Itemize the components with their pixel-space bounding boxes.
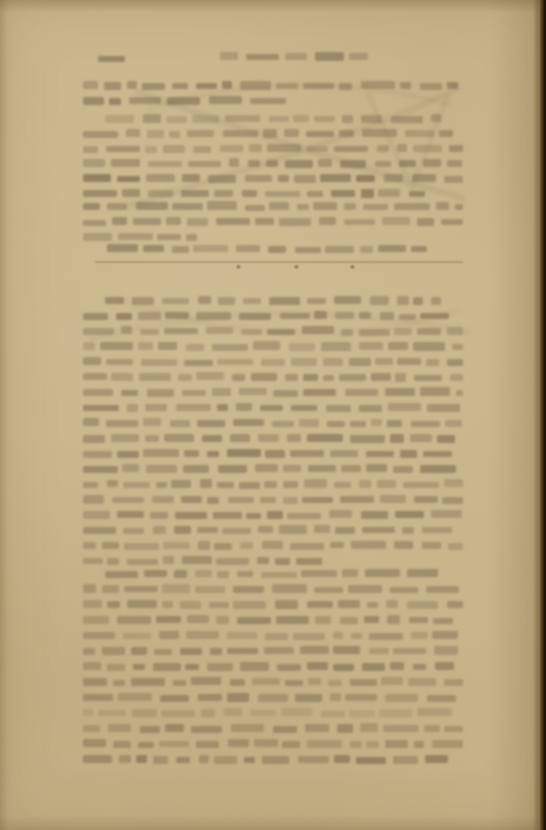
faded-word-mark bbox=[139, 373, 171, 382]
faded-word-mark bbox=[411, 421, 441, 427]
faded-word-mark bbox=[325, 246, 354, 252]
faded-word-mark bbox=[106, 420, 138, 427]
faded-word-mark bbox=[193, 245, 228, 253]
faded-word-mark bbox=[113, 680, 126, 686]
faded-text-line bbox=[83, 540, 463, 550]
faded-word-mark bbox=[172, 83, 187, 89]
faded-word-mark bbox=[411, 632, 428, 639]
faded-word-mark bbox=[207, 451, 218, 457]
faded-word-mark bbox=[243, 298, 260, 304]
faded-word-mark bbox=[240, 81, 271, 90]
faded-word-mark bbox=[216, 616, 228, 624]
faded-word-mark bbox=[328, 680, 341, 686]
faded-word-mark bbox=[132, 709, 157, 717]
faded-word-mark bbox=[196, 83, 217, 89]
faded-word-mark bbox=[237, 617, 271, 624]
faded-word-mark bbox=[420, 313, 449, 319]
faded-word-mark bbox=[182, 556, 212, 564]
faded-word-mark bbox=[109, 98, 121, 105]
faded-text-line bbox=[105, 113, 442, 123]
faded-word-mark bbox=[327, 421, 345, 427]
faded-word-mark bbox=[107, 244, 138, 252]
faded-word-mark bbox=[214, 756, 237, 764]
faded-word-mark bbox=[83, 558, 102, 564]
faded-word-mark bbox=[220, 52, 237, 60]
faded-word-mark bbox=[334, 755, 350, 763]
faded-word-mark bbox=[213, 512, 242, 519]
faded-word-mark bbox=[250, 98, 286, 104]
faded-word-mark bbox=[258, 526, 272, 534]
faded-word-mark bbox=[399, 160, 416, 167]
faded-word-mark bbox=[166, 116, 187, 123]
faded-word-mark bbox=[275, 558, 290, 565]
faded-word-mark bbox=[393, 466, 413, 473]
faded-word-mark bbox=[266, 160, 278, 168]
faded-word-mark bbox=[402, 527, 414, 534]
faded-word-mark bbox=[269, 116, 289, 122]
faded-word-mark bbox=[279, 218, 311, 226]
faded-word-mark bbox=[121, 326, 133, 335]
faded-word-mark bbox=[127, 404, 138, 412]
faded-word-mark bbox=[83, 466, 118, 473]
faded-word-mark bbox=[122, 189, 140, 197]
faded-word-mark bbox=[262, 541, 283, 549]
faded-text-line bbox=[83, 188, 425, 198]
faded-word-mark bbox=[359, 329, 390, 335]
faded-word-mark bbox=[409, 191, 425, 198]
faded-word-mark bbox=[405, 130, 434, 137]
faded-word-mark bbox=[145, 404, 168, 410]
faded-word-mark bbox=[260, 405, 283, 412]
faded-word-mark bbox=[361, 115, 382, 123]
faded-word-mark bbox=[452, 344, 463, 350]
faded-word-mark bbox=[277, 664, 301, 671]
faded-word-mark bbox=[333, 646, 360, 654]
faded-word-mark bbox=[83, 435, 105, 443]
faded-word-mark bbox=[83, 755, 112, 763]
faded-word-mark bbox=[105, 297, 124, 304]
faded-word-mark bbox=[83, 694, 113, 701]
faded-word-mark bbox=[121, 390, 138, 396]
faded-word-mark bbox=[250, 710, 276, 717]
faded-word-mark bbox=[349, 358, 371, 366]
faded-word-mark bbox=[433, 618, 453, 624]
faded-word-mark bbox=[420, 83, 442, 90]
faded-word-mark bbox=[265, 191, 301, 198]
faded-word-mark bbox=[228, 739, 250, 747]
faded-word-mark bbox=[140, 726, 160, 733]
faded-text-line bbox=[83, 692, 463, 702]
faded-word-mark bbox=[123, 633, 151, 640]
faded-word-mark bbox=[379, 709, 412, 717]
faded-word-mark bbox=[393, 648, 426, 654]
faded-word-mark bbox=[212, 388, 231, 396]
faded-word-mark bbox=[365, 569, 400, 577]
faded-word-mark bbox=[83, 190, 117, 198]
faded-word-mark bbox=[359, 405, 382, 412]
faded-word-mark bbox=[397, 144, 407, 152]
faded-word-mark bbox=[371, 419, 381, 426]
faded-word-mark bbox=[283, 481, 298, 488]
faded-word-mark bbox=[387, 615, 401, 623]
faded-word-mark bbox=[344, 219, 375, 225]
faded-word-mark bbox=[83, 527, 116, 534]
faded-word-mark bbox=[131, 647, 147, 654]
faded-word-mark bbox=[210, 648, 222, 655]
faded-word-mark bbox=[214, 543, 232, 550]
faded-word-mark bbox=[371, 373, 391, 381]
faded-word-mark bbox=[304, 479, 327, 488]
faded-word-mark bbox=[290, 450, 324, 458]
faded-word-mark bbox=[83, 342, 94, 350]
faded-word-mark bbox=[207, 201, 237, 210]
faded-word-mark bbox=[188, 161, 221, 168]
faded-word-mark bbox=[202, 435, 222, 441]
faded-word-mark bbox=[209, 96, 242, 104]
faded-word-mark bbox=[160, 695, 189, 702]
faded-word-mark bbox=[375, 161, 391, 168]
faded-word-mark bbox=[117, 511, 144, 518]
faded-word-mark bbox=[363, 204, 388, 210]
faded-word-mark bbox=[307, 662, 328, 670]
faded-text-line bbox=[83, 95, 296, 105]
faded-word-mark bbox=[248, 160, 260, 167]
faded-word-mark bbox=[83, 405, 119, 411]
pencil-stroke-mark bbox=[368, 94, 448, 188]
faded-word-mark bbox=[242, 190, 257, 197]
faded-word-mark bbox=[296, 558, 322, 565]
faded-word-mark bbox=[83, 678, 107, 686]
faded-word-mark bbox=[359, 342, 383, 350]
faded-word-mark bbox=[148, 190, 173, 197]
faded-word-mark bbox=[107, 664, 125, 671]
faded-word-mark bbox=[359, 312, 371, 319]
faded-word-mark bbox=[83, 328, 114, 334]
faded-word-mark bbox=[344, 203, 356, 210]
faded-word-mark bbox=[383, 725, 419, 732]
pencil-strokes-overlay bbox=[0, 0, 546, 830]
faded-word-mark bbox=[321, 342, 351, 351]
faded-word-mark bbox=[233, 419, 264, 427]
faded-word-mark bbox=[420, 387, 450, 395]
faded-word-mark bbox=[350, 435, 385, 443]
faded-word-mark bbox=[196, 741, 219, 748]
faded-word-mark bbox=[146, 174, 176, 182]
faded-word-mark bbox=[105, 571, 138, 578]
faded-word-mark bbox=[178, 374, 192, 382]
faded-word-mark bbox=[83, 495, 104, 503]
pencil-stroke-mark bbox=[128, 88, 458, 206]
faded-word-mark bbox=[417, 708, 452, 716]
faded-word-mark bbox=[360, 723, 379, 732]
faded-word-mark bbox=[284, 129, 299, 137]
faded-word-mark bbox=[407, 601, 438, 609]
faded-word-mark bbox=[260, 497, 276, 503]
faded-word-mark bbox=[403, 482, 439, 488]
faded-word-mark bbox=[456, 390, 463, 397]
faded-word-mark bbox=[107, 601, 120, 608]
faded-word-mark bbox=[230, 434, 249, 442]
faded-word-mark bbox=[330, 542, 344, 548]
faded-word-mark bbox=[301, 570, 337, 576]
faded-word-mark bbox=[124, 586, 158, 593]
faded-word-mark bbox=[350, 679, 376, 686]
faded-word-mark bbox=[176, 404, 211, 412]
faded-word-mark bbox=[291, 405, 318, 411]
faded-word-mark bbox=[345, 389, 378, 396]
faded-word-mark bbox=[187, 130, 214, 137]
faded-text-line bbox=[83, 754, 452, 764]
faded-text-line bbox=[83, 615, 463, 625]
faded-word-mark bbox=[104, 82, 121, 90]
faded-word-mark bbox=[113, 741, 131, 748]
page-number-smudge bbox=[98, 53, 125, 63]
faded-word-mark bbox=[350, 421, 366, 427]
faded-word-mark bbox=[285, 53, 307, 60]
faded-text-line bbox=[83, 173, 463, 183]
faded-text-line bbox=[83, 448, 463, 458]
faded-word-mark bbox=[356, 757, 386, 764]
paper-vignette bbox=[0, 0, 546, 830]
faded-word-mark bbox=[444, 679, 463, 685]
faded-word-mark bbox=[375, 358, 392, 365]
faded-word-mark bbox=[116, 313, 133, 320]
faded-word-mark bbox=[143, 245, 164, 253]
faded-word-mark bbox=[217, 359, 253, 365]
faded-word-mark bbox=[224, 708, 242, 716]
faded-text-line bbox=[83, 739, 463, 749]
faded-word-mark bbox=[335, 312, 355, 319]
faded-word-mark bbox=[378, 245, 406, 252]
faded-word-mark bbox=[233, 601, 267, 609]
faded-word-mark bbox=[245, 175, 272, 182]
faded-word-mark bbox=[150, 512, 168, 519]
faded-word-mark bbox=[117, 176, 141, 182]
faded-word-mark bbox=[164, 434, 195, 442]
faded-word-mark bbox=[269, 202, 290, 210]
faded-word-mark bbox=[427, 404, 461, 412]
faded-word-mark bbox=[145, 146, 157, 153]
faded-text-line bbox=[83, 646, 463, 656]
faded-word-mark bbox=[295, 694, 322, 701]
faded-word-mark bbox=[272, 421, 294, 427]
faded-word-mark bbox=[362, 663, 385, 671]
faded-word-mark bbox=[407, 569, 437, 577]
faded-word-mark bbox=[143, 114, 161, 123]
faded-word-mark bbox=[216, 218, 250, 224]
faded-word-mark bbox=[217, 571, 229, 578]
faded-word-mark bbox=[381, 677, 402, 686]
faded-word-mark bbox=[273, 726, 298, 732]
faded-word-mark bbox=[230, 679, 245, 687]
faded-word-mark bbox=[267, 511, 282, 519]
faded-text-line bbox=[83, 661, 463, 671]
faded-word-mark bbox=[424, 725, 440, 732]
faded-word-mark bbox=[117, 451, 139, 458]
faded-word-mark bbox=[323, 375, 334, 381]
faded-word-mark bbox=[100, 342, 132, 349]
faded-word-mark bbox=[295, 247, 321, 253]
faded-text-line bbox=[83, 433, 463, 443]
faded-word-mark bbox=[432, 740, 463, 747]
faded-word-mark bbox=[143, 418, 161, 426]
faded-word-mark bbox=[83, 81, 98, 89]
pencil-stroke-mark bbox=[138, 92, 462, 198]
faded-word-mark bbox=[225, 115, 260, 122]
faded-word-mark bbox=[420, 465, 456, 473]
faded-word-mark bbox=[329, 510, 352, 518]
faded-word-mark bbox=[408, 678, 436, 686]
faded-word-mark bbox=[218, 465, 247, 473]
faded-word-mark bbox=[364, 616, 379, 623]
faded-word-mark bbox=[262, 756, 289, 764]
faded-word-mark bbox=[282, 741, 300, 748]
faded-word-mark bbox=[340, 496, 374, 502]
faded-word-mark bbox=[83, 709, 93, 716]
faded-word-mark bbox=[83, 542, 96, 549]
faded-text-line bbox=[83, 356, 463, 366]
faded-text-line bbox=[83, 216, 463, 226]
faded-word-mark bbox=[349, 53, 368, 59]
faded-word-mark bbox=[437, 435, 456, 442]
faded-word-mark bbox=[261, 572, 297, 578]
faded-word-mark bbox=[218, 297, 236, 305]
faded-text-line bbox=[83, 525, 463, 535]
faded-word-mark bbox=[258, 694, 288, 702]
faded-word-mark bbox=[394, 328, 412, 335]
faded-word-mark bbox=[307, 601, 333, 608]
faded-word-mark bbox=[366, 464, 388, 472]
faded-word-mark bbox=[377, 145, 389, 152]
faded-word-mark bbox=[255, 218, 274, 225]
faded-text-line bbox=[83, 494, 463, 504]
faded-word-mark bbox=[307, 191, 323, 198]
faded-word-mark bbox=[206, 327, 233, 334]
faded-word-mark bbox=[182, 390, 207, 396]
faded-word-mark bbox=[185, 664, 198, 670]
faded-word-mark bbox=[83, 616, 108, 624]
faded-word-mark bbox=[258, 434, 279, 442]
faded-word-mark bbox=[422, 542, 442, 549]
faded-word-mark bbox=[278, 175, 289, 182]
faded-word-mark bbox=[314, 116, 335, 122]
faded-word-mark bbox=[447, 327, 463, 335]
faded-word-mark bbox=[163, 542, 190, 549]
faded-word-mark bbox=[360, 246, 373, 252]
faded-word-mark bbox=[198, 694, 222, 701]
faded-word-mark bbox=[222, 528, 251, 534]
faded-word-mark bbox=[162, 601, 174, 608]
faded-word-mark bbox=[245, 205, 264, 211]
section-separator-rule bbox=[95, 261, 463, 263]
faded-text-line bbox=[83, 708, 463, 718]
faded-word-mark bbox=[240, 662, 269, 670]
faded-word-mark bbox=[227, 449, 261, 457]
faded-word-mark bbox=[195, 570, 212, 577]
faded-word-mark bbox=[123, 528, 145, 534]
faded-word-mark bbox=[217, 482, 235, 489]
faded-word-mark bbox=[111, 373, 133, 381]
faded-word-mark bbox=[323, 358, 343, 365]
faded-word-mark bbox=[156, 482, 166, 489]
faded-word-mark bbox=[231, 724, 264, 732]
faded-word-mark bbox=[298, 756, 329, 763]
faded-word-mark bbox=[439, 130, 453, 136]
faded-word-mark bbox=[222, 81, 232, 89]
faded-word-mark bbox=[299, 419, 319, 427]
faded-word-mark bbox=[294, 175, 316, 182]
faded-word-mark bbox=[153, 526, 166, 534]
faded-text-line bbox=[105, 568, 442, 578]
faded-word-mark bbox=[291, 358, 317, 366]
faded-word-mark bbox=[201, 709, 215, 717]
faded-word-mark bbox=[268, 246, 286, 252]
faded-word-mark bbox=[127, 600, 157, 608]
faded-word-mark bbox=[413, 664, 426, 671]
faded-word-mark bbox=[144, 570, 167, 576]
faded-word-mark bbox=[397, 358, 421, 366]
faded-word-mark bbox=[83, 203, 100, 210]
faded-word-mark bbox=[83, 648, 95, 654]
faded-word-mark bbox=[83, 220, 106, 226]
faded-word-mark bbox=[341, 329, 353, 335]
faded-word-mark bbox=[290, 543, 324, 550]
faded-word-mark bbox=[129, 97, 161, 104]
faded-word-mark bbox=[208, 175, 236, 183]
pencil-stroke-mark bbox=[120, 300, 460, 333]
faded-word-mark bbox=[186, 631, 219, 638]
faded-word-mark bbox=[261, 359, 285, 366]
faded-word-mark bbox=[434, 646, 458, 654]
faded-word-mark bbox=[227, 693, 249, 701]
faded-word-mark bbox=[239, 313, 271, 319]
faded-word-mark bbox=[132, 297, 154, 305]
faded-word-mark bbox=[240, 542, 253, 549]
faded-word-mark bbox=[285, 374, 298, 381]
faded-word-mark bbox=[307, 298, 326, 304]
faded-word-mark bbox=[83, 357, 101, 365]
faded-word-mark bbox=[106, 146, 140, 152]
faded-word-mark bbox=[380, 312, 394, 320]
faded-word-mark bbox=[313, 202, 338, 210]
faded-text-line bbox=[83, 555, 322, 565]
faded-word-mark bbox=[83, 146, 98, 152]
faded-word-mark bbox=[455, 204, 463, 210]
page-top-shadow bbox=[0, 0, 546, 12]
faded-word-mark bbox=[340, 617, 358, 624]
faded-word-mark bbox=[172, 246, 189, 253]
faded-word-mark bbox=[232, 374, 245, 381]
faded-word-mark bbox=[431, 510, 462, 519]
faded-word-mark bbox=[83, 451, 111, 458]
faded-word-mark bbox=[423, 451, 452, 457]
faded-word-mark bbox=[127, 559, 158, 565]
faded-word-mark bbox=[257, 557, 269, 564]
faded-word-mark bbox=[450, 374, 463, 381]
faded-word-mark bbox=[167, 97, 201, 105]
faded-word-mark bbox=[417, 328, 442, 335]
faded-word-mark bbox=[280, 313, 310, 320]
faded-word-mark bbox=[249, 144, 262, 152]
faded-word-mark bbox=[162, 298, 190, 304]
faded-word-mark bbox=[264, 481, 277, 488]
faded-word-mark bbox=[107, 203, 127, 210]
faded-word-mark bbox=[333, 664, 353, 671]
faded-word-mark bbox=[198, 541, 211, 549]
faded-word-mark bbox=[138, 742, 154, 748]
faded-word-mark bbox=[117, 616, 150, 624]
faded-word-mark bbox=[174, 526, 190, 534]
